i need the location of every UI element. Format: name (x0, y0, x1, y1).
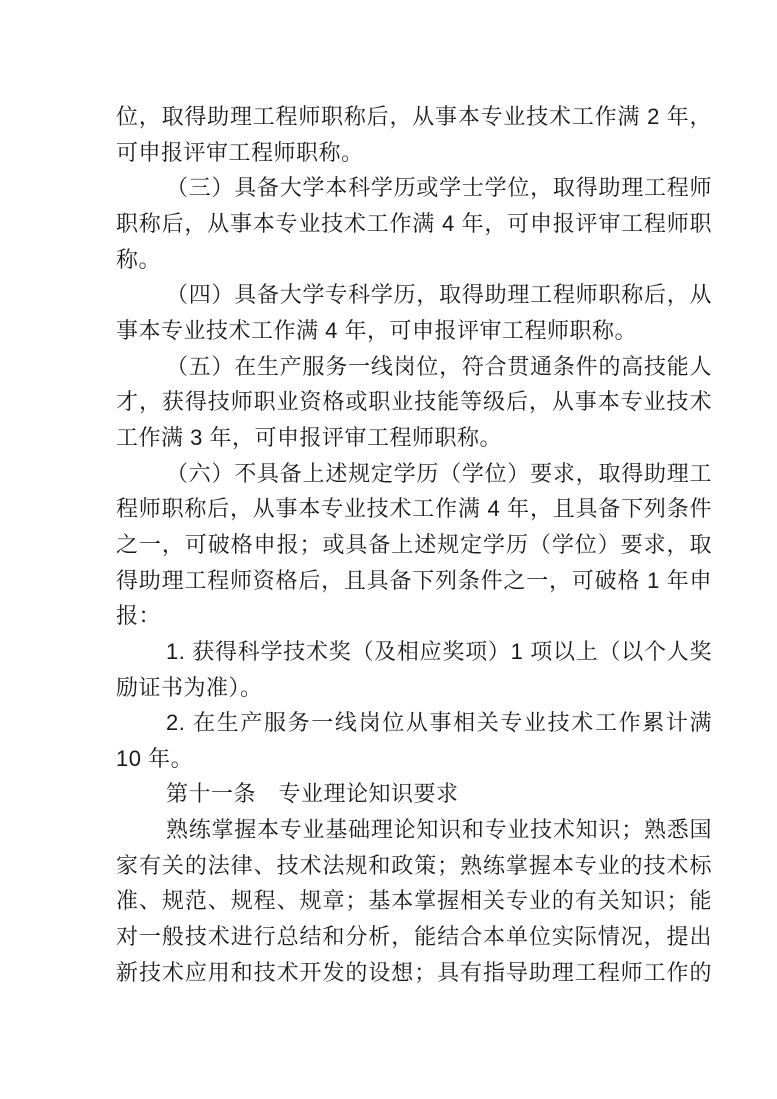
text-line: （三）具备大学本科学历或学士学位，取得助理工程师 (116, 170, 712, 206)
text-line: 准、规范、规程、规章；基本掌握相关专业的有关知识；能 (116, 883, 712, 919)
text-line: 事本专业技术工作满 4 年，可申报评审工程师职称。 (116, 313, 712, 349)
paragraph: 第十一条 专业理论知识要求 (116, 776, 712, 812)
text-line: 1. 获得科学技术奖（及相应奖项）1 项以上（以个人奖 (116, 634, 712, 670)
document-page: 位，取得助理工程师职称后，从事本专业技术工作满 2 年，可申报评审工程师职称。（… (0, 0, 777, 1099)
text-line: 对一般技术进行总结和分析，能结合本单位实际情况，提出 (116, 919, 712, 955)
paragraph: 熟练掌握本专业基础理论知识和专业技术知识；熟悉国家有关的法律、技术法规和政策；熟… (116, 812, 712, 990)
text-line: （四）具备大学专科学历，取得助理工程师职称后，从 (116, 277, 712, 313)
heading-line: 第十一条 专业理论知识要求 (116, 776, 712, 812)
text-line: 新技术应用和技术开发的设想；具有指导助理工程师工作的 (116, 955, 712, 991)
paragraph: 2. 在生产服务一线岗位从事相关专业技术工作累计满10 年。 (116, 705, 712, 776)
text-line: 10 年。 (116, 741, 712, 777)
text-line: 熟练掌握本专业基础理论知识和专业技术知识；熟悉国 (116, 812, 712, 848)
text-line: 2. 在生产服务一线岗位从事相关专业技术工作累计满 (116, 705, 712, 741)
text-line: （五）在生产服务一线岗位，符合贯通条件的高技能人 (116, 349, 712, 385)
text-line: 励证书为准）。 (116, 670, 712, 706)
text-line: 才，获得技师职业资格或职业技能等级后，从事本专业技术 (116, 384, 712, 420)
text-line: 报： (116, 598, 712, 634)
paragraph: （五）在生产服务一线岗位，符合贯通条件的高技能人才，获得技师职业资格或职业技能等… (116, 349, 712, 456)
text-line: 称。 (116, 242, 712, 278)
paragraph: 位，取得助理工程师职称后，从事本专业技术工作满 2 年，可申报评审工程师职称。 (116, 99, 712, 170)
text-line: 可申报评审工程师职称。 (116, 135, 712, 171)
text-line: 之一，可破格申报；或具备上述规定学历（学位）要求，取 (116, 527, 712, 563)
text-line: 职称后，从事本专业技术工作满 4 年，可申报评审工程师职 (116, 206, 712, 242)
text-line: 位，取得助理工程师职称后，从事本专业技术工作满 2 年， (116, 99, 712, 135)
paragraph: 1. 获得科学技术奖（及相应奖项）1 项以上（以个人奖励证书为准）。 (116, 634, 712, 705)
text-line: 家有关的法律、技术法规和政策；熟练掌握本专业的技术标 (116, 848, 712, 884)
text-line: 得助理工程师资格后，且具备下列条件之一，可破格 1 年申 (116, 563, 712, 599)
paragraph: （六）不具备上述规定学历（学位）要求，取得助理工程师职称后，从事本专业技术工作满… (116, 456, 712, 634)
text-line: （六）不具备上述规定学历（学位）要求，取得助理工 (116, 456, 712, 492)
paragraph: （三）具备大学本科学历或学士学位，取得助理工程师职称后，从事本专业技术工作满 4… (116, 170, 712, 277)
paragraph: （四）具备大学专科学历，取得助理工程师职称后，从事本专业技术工作满 4 年，可申… (116, 277, 712, 348)
text-line: 程师职称后，从事本专业技术工作满 4 年，且具备下列条件 (116, 491, 712, 527)
text-line: 工作满 3 年，可申报评审工程师职称。 (116, 420, 712, 456)
text-block: 位，取得助理工程师职称后，从事本专业技术工作满 2 年，可申报评审工程师职称。（… (116, 99, 712, 990)
